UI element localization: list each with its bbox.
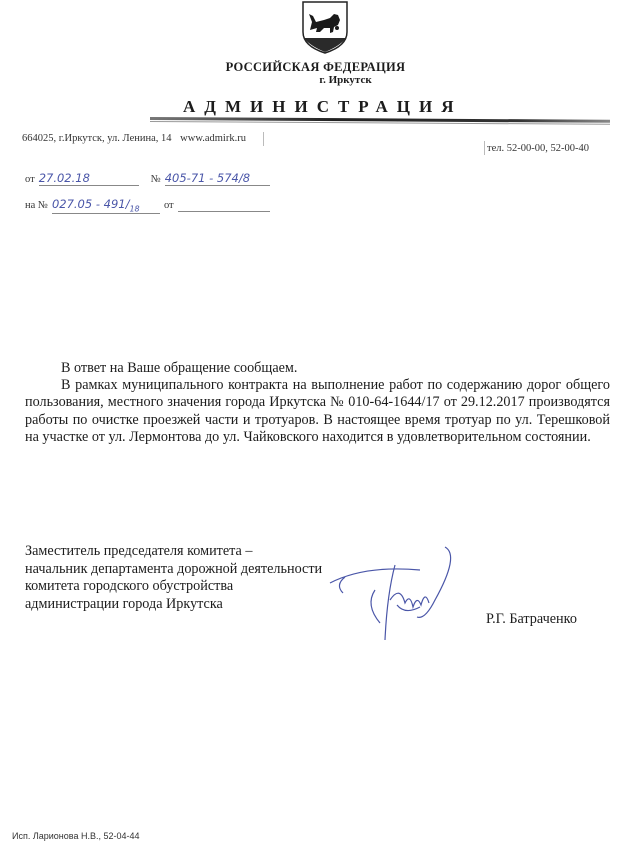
divider bbox=[263, 132, 264, 146]
handwritten-signature-icon bbox=[325, 545, 465, 645]
city-name: г. Иркутск bbox=[0, 74, 631, 86]
administration-title: АДМИНИСТРАЦИЯ bbox=[183, 97, 463, 117]
phone-numbers: тел. 52-00-00, 52-00-40 bbox=[487, 143, 589, 154]
federation-title: РОССИЙСКАЯ ФЕДЕРАЦИЯ bbox=[0, 60, 631, 75]
signatory-position: Заместитель председателя комитета – нача… bbox=[25, 543, 322, 613]
reply-to-label: на № bbox=[25, 200, 48, 211]
coat-of-arms-icon bbox=[300, 0, 350, 55]
reply-to-number-field[interactable]: 027.05 - 491/18 bbox=[52, 197, 160, 214]
reply-to-year: 18 bbox=[129, 204, 139, 213]
number-label: № bbox=[151, 174, 161, 185]
reply-date-label: от bbox=[164, 200, 174, 211]
position-line: администрации города Иркутска bbox=[25, 596, 322, 614]
body-paragraph: В рамках муниципального контракта на вып… bbox=[25, 377, 610, 446]
body-paragraph: В ответ на Ваше обращение сообщаем. bbox=[25, 360, 610, 377]
website-link[interactable]: www.admirk.ru bbox=[180, 133, 246, 144]
divider bbox=[484, 141, 485, 155]
letter-body: В ответ на Ваше обращение сообщаем. В ра… bbox=[25, 360, 610, 446]
address-line: 664025, г.Иркутск, ул. Ленина, 14 www.ad… bbox=[22, 133, 246, 144]
executor-info: Исп. Ларионова Н.В., 52-04-44 bbox=[12, 831, 140, 841]
postal-address: 664025, г.Иркутск, ул. Ленина, 14 bbox=[22, 133, 172, 144]
outgoing-date-field[interactable]: 27.02.18 bbox=[39, 171, 139, 186]
date-label: от bbox=[25, 174, 35, 185]
reply-to-registration-row: на № 027.05 - 491/18 от bbox=[25, 195, 270, 214]
signer-name: Р.Г. Батраченко bbox=[486, 611, 577, 628]
position-line: Заместитель председателя комитета – bbox=[25, 543, 322, 561]
position-line: комитета городского обустройства bbox=[25, 578, 322, 596]
outgoing-number-field[interactable]: 405-71 - 574/8 bbox=[165, 171, 270, 186]
position-line: начальник департамента дорожной деятельн… bbox=[25, 561, 322, 579]
reply-date-field[interactable] bbox=[178, 197, 270, 212]
outgoing-registration-row: от 27.02.18 № 405-71 - 574/8 bbox=[25, 169, 270, 187]
